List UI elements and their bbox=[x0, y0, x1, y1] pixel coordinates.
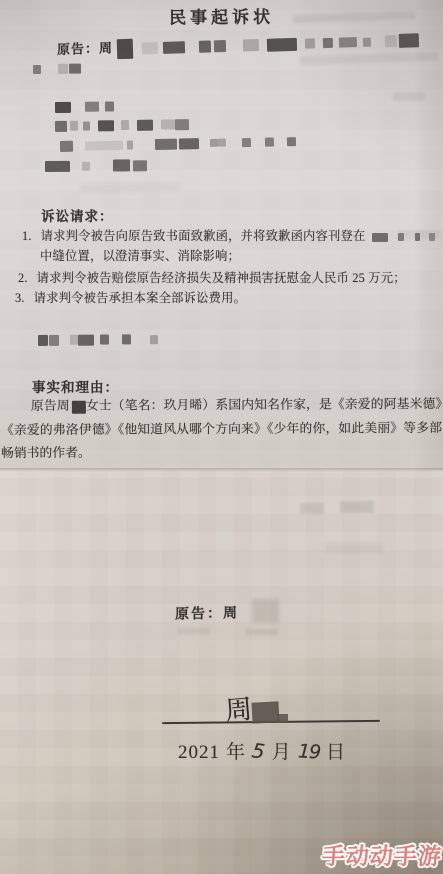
redaction-block bbox=[45, 160, 70, 171]
redaction-block bbox=[83, 121, 90, 130]
redaction-block bbox=[55, 120, 67, 131]
redaction-block bbox=[78, 334, 94, 345]
redaction-block bbox=[243, 39, 259, 51]
redaction-block bbox=[38, 334, 48, 345]
redaction-block bbox=[372, 233, 388, 242]
redaction-block bbox=[69, 64, 81, 74]
redaction-block bbox=[399, 33, 419, 48]
ghost-mark bbox=[325, 543, 383, 553]
facts-text-before: 原告周 bbox=[31, 399, 70, 413]
redaction-row bbox=[45, 158, 147, 173]
claim-3-text: 请求判令被告承担本案全部诉讼费用。 bbox=[34, 291, 246, 305]
redaction-row bbox=[38, 332, 158, 347]
redaction-block bbox=[199, 40, 211, 52]
photo-seam bbox=[0, 468, 443, 473]
redaction-block bbox=[117, 39, 134, 59]
ghost-mark bbox=[393, 92, 425, 101]
document-photo: 民事起诉状 原告：周 诉讼请求： 1.请求判令被告向原告致书面致歉函，并将致歉函… bbox=[0, 0, 443, 874]
redaction-block bbox=[70, 121, 78, 131]
ghost-mark bbox=[300, 503, 324, 514]
watermark: 手动动手游 bbox=[321, 838, 443, 871]
redaction-block bbox=[85, 102, 99, 112]
redaction-block bbox=[49, 334, 59, 345]
signature-label: 原告：周 bbox=[175, 602, 239, 623]
redaction-block bbox=[175, 119, 189, 130]
redaction-block bbox=[142, 42, 158, 54]
redaction-block bbox=[242, 138, 251, 147]
plaintiff-label: 原告：周 bbox=[57, 40, 113, 57]
redaction-block bbox=[265, 137, 274, 146]
redaction-block bbox=[305, 38, 315, 48]
redaction-block bbox=[55, 101, 71, 112]
ghost-mark bbox=[340, 501, 374, 513]
redaction-block bbox=[137, 119, 153, 130]
date-month: 5 bbox=[250, 738, 267, 764]
redaction-block bbox=[163, 41, 185, 54]
ghost-mark bbox=[398, 230, 440, 239]
redaction-block bbox=[155, 138, 177, 149]
claim-1-text: 请求判令被告向原告致书面致歉函，并将致歉函内容刊登在 bbox=[41, 229, 366, 243]
redaction-block bbox=[58, 64, 68, 74]
date-day-unit: 日 bbox=[326, 742, 346, 763]
redaction-block bbox=[127, 140, 133, 149]
redaction-block bbox=[267, 37, 297, 51]
redaction-block bbox=[218, 139, 226, 147]
claim-2-text: 请求判令被告赔偿原告经济损失及精神损害抚慰金人民币 25 万元； bbox=[37, 271, 406, 285]
ghost-mark bbox=[251, 701, 279, 723]
claim-3-number: 3. bbox=[15, 291, 25, 305]
redaction-block bbox=[85, 140, 123, 150]
date-year-unit: 年 bbox=[226, 742, 246, 763]
redaction-block bbox=[179, 138, 199, 149]
claim-1-number: 1. bbox=[22, 229, 32, 243]
redaction-block bbox=[122, 334, 131, 344]
redaction-block bbox=[385, 35, 397, 47]
claim-item-3: 3.请求判令被告承担本案全部诉讼费用。 bbox=[15, 288, 246, 306]
date-line: 2021年5月19日 bbox=[178, 737, 352, 764]
redaction-row bbox=[55, 117, 189, 133]
claim-2-number: 2. bbox=[18, 271, 28, 285]
redaction-block bbox=[363, 37, 371, 46]
claim-item-2: 2.请求判令被告赔偿原告经济损失及精神损害抚慰金人民币 25 万元； bbox=[18, 268, 406, 286]
redaction-row bbox=[55, 99, 114, 114]
redaction-row bbox=[33, 62, 81, 76]
redaction-block bbox=[210, 139, 218, 147]
redaction-block bbox=[82, 161, 90, 170]
ghost-mark bbox=[252, 599, 279, 623]
redaction-block bbox=[339, 37, 357, 48]
redaction-block bbox=[113, 159, 130, 171]
facts-heading: 事实和理由： bbox=[32, 376, 119, 396]
ghost-mark bbox=[80, 182, 180, 193]
ghost-mark bbox=[246, 629, 278, 635]
claim-item-1-continued: 中缝位置，以澄清事实、消除影响； bbox=[40, 246, 240, 264]
redaction-block bbox=[98, 120, 114, 131]
claim-item-1: 1.请求判令被告向原告致书面致歉函，并将致歉函内容刊登在 bbox=[22, 226, 435, 244]
facts-paragraph: 原告周女士（笔名：玖月晞）系国内知名作家，是《亲爱的阿基米德》《亲爱的弗洛伊德》… bbox=[1, 393, 442, 466]
redaction-block bbox=[121, 120, 129, 130]
claims-heading: 诉讼请求： bbox=[41, 205, 114, 225]
date-day: 19 bbox=[297, 740, 320, 763]
redaction-block bbox=[133, 160, 147, 171]
redaction-block bbox=[100, 335, 109, 345]
redaction-block bbox=[214, 40, 226, 52]
photo-page-2 bbox=[0, 470, 443, 874]
redaction-block bbox=[72, 400, 86, 413]
ghost-mark bbox=[277, 714, 288, 723]
date-month-unit: 月 bbox=[272, 742, 292, 763]
redaction-block bbox=[150, 335, 158, 344]
redaction-block bbox=[323, 38, 333, 48]
date-year: 2021 bbox=[178, 742, 220, 763]
redaction-block bbox=[70, 335, 78, 345]
redaction-block bbox=[105, 101, 114, 111]
redaction-block bbox=[287, 137, 296, 146]
ghost-mark bbox=[178, 628, 210, 634]
redaction-block bbox=[33, 64, 41, 73]
claim-1-text-2: 中缝位置，以澄清事实、消除影响； bbox=[40, 249, 240, 263]
facts-name-redaction bbox=[70, 399, 86, 413]
redaction-block bbox=[161, 119, 175, 129]
redaction-block bbox=[60, 140, 73, 151]
